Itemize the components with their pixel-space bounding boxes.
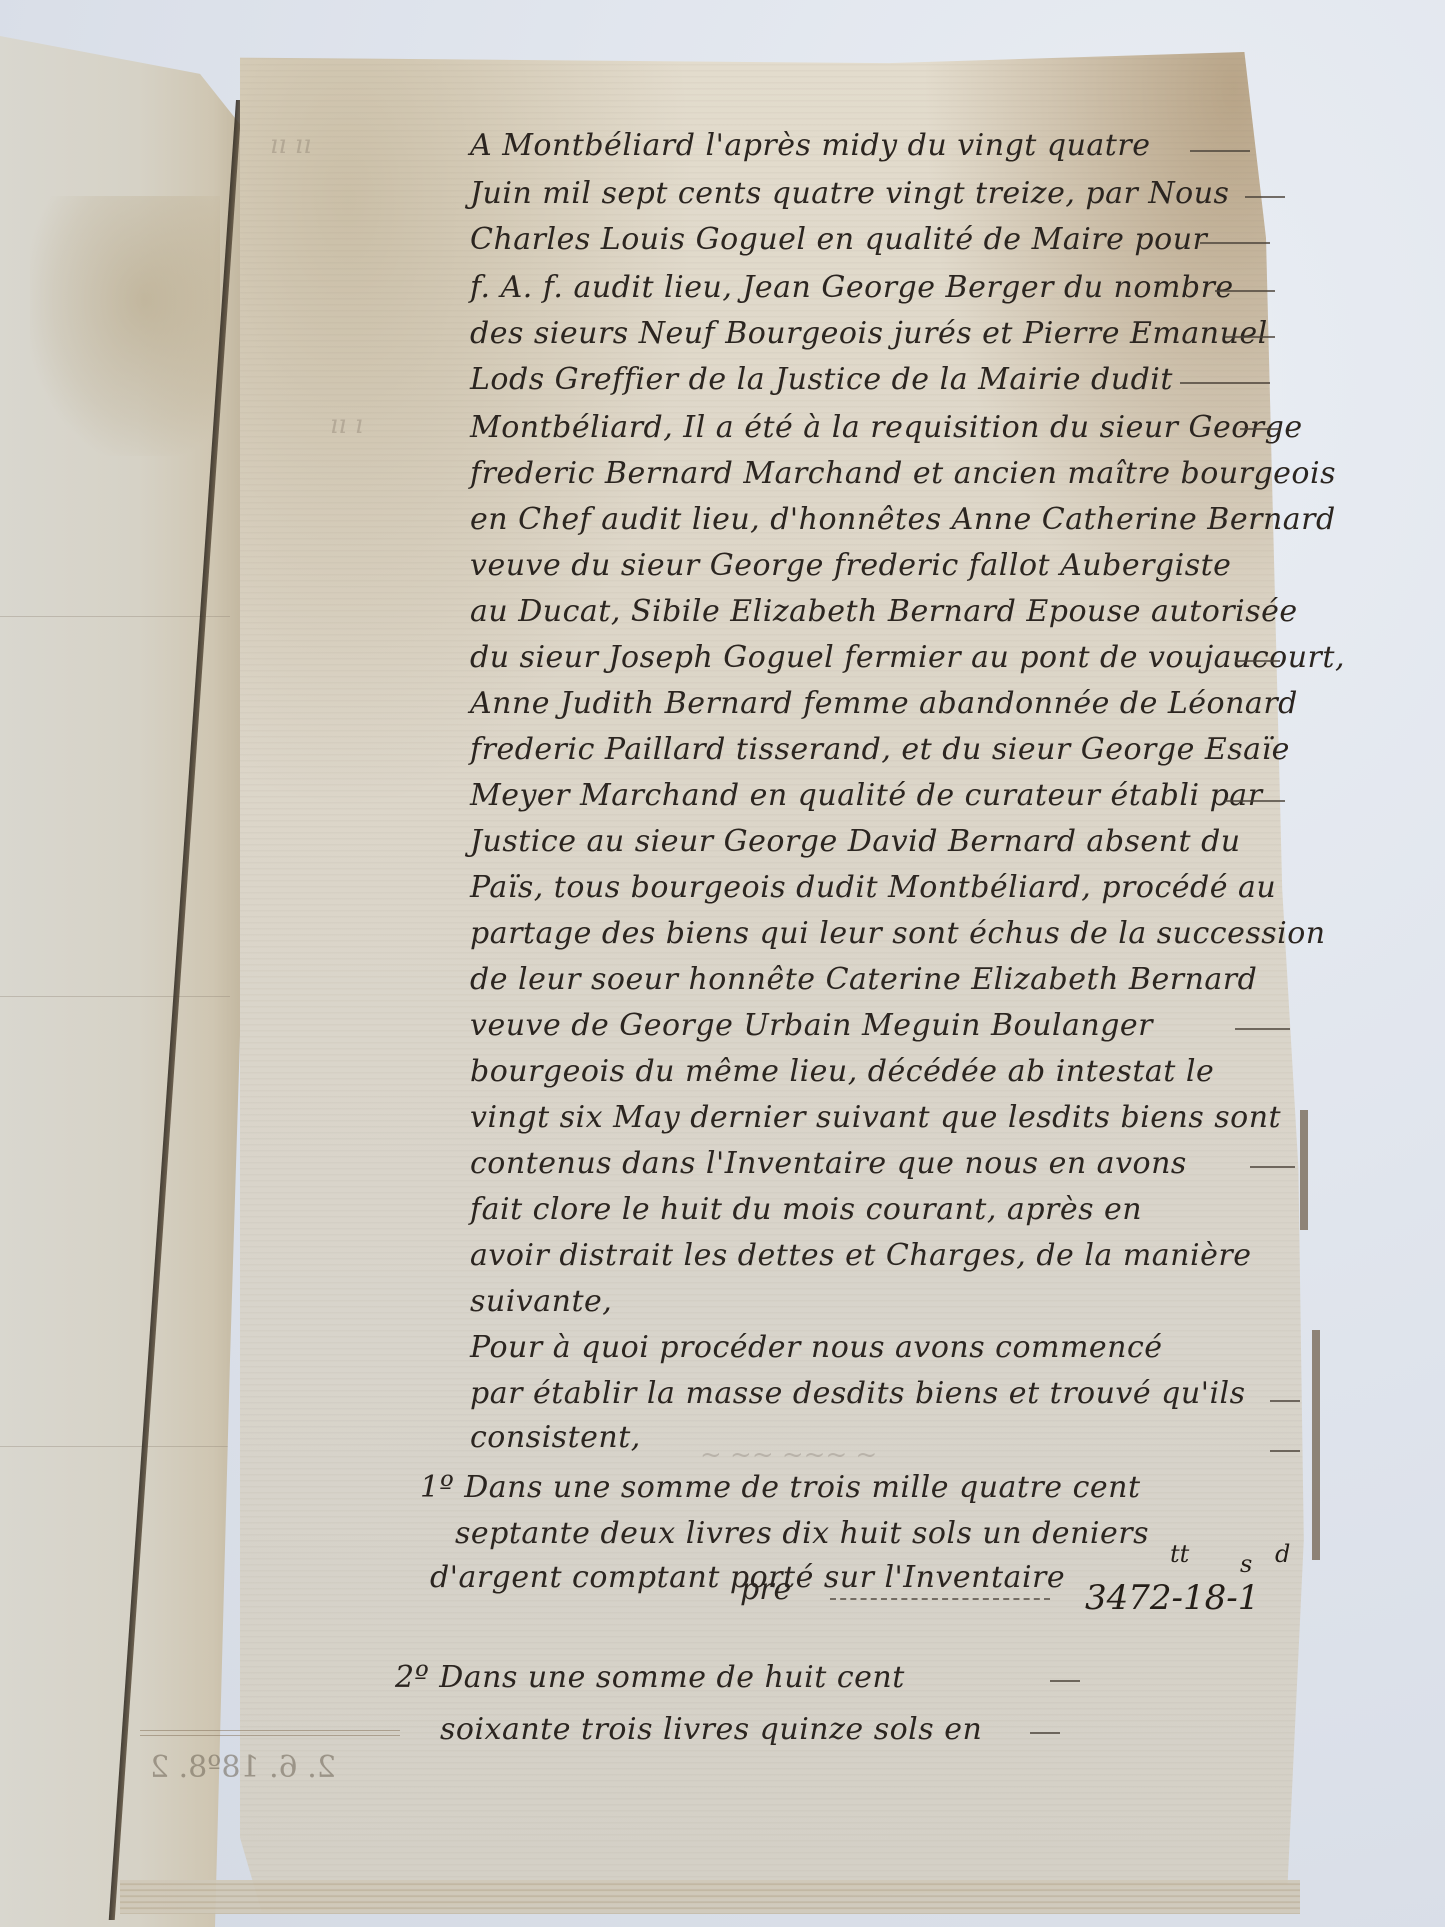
manuscript-line: Meyer Marchand en qualité de curateur ét…	[470, 778, 1263, 813]
left-page	[0, 36, 250, 1927]
manuscript-line: en Chef audit lieu, d'honnêtes Anne Cath…	[470, 502, 1336, 537]
manuscript-line: 1º Dans une somme de trois mille quatre …	[420, 1470, 1141, 1505]
paper-fold	[0, 1446, 230, 1447]
torn-edge	[1300, 1110, 1308, 1230]
manuscript-line: Montbéliard, Il a été à la requisition d…	[470, 410, 1303, 445]
line-filler	[1235, 1028, 1290, 1030]
line-filler	[1190, 150, 1250, 152]
line-filler	[1050, 1680, 1080, 1682]
manuscript-line: suivante,	[470, 1284, 612, 1319]
manuscript-line: bourgeois du même lieu, décédée ab intes…	[470, 1054, 1214, 1089]
torn-edge	[1312, 1330, 1320, 1560]
manuscript-line: veuve de George Urbain Meguin Boulanger	[470, 1008, 1153, 1043]
entry-1-leader	[830, 1598, 1050, 1600]
shelfmark-rule	[140, 1730, 400, 1736]
manuscript-line: du sieur Joseph Goguel fermier au pont d…	[470, 640, 1345, 675]
manuscript-line: Juin mil sept cents quatre vingt treize,…	[470, 176, 1229, 211]
manuscript-line: soixante trois livres quinze sols en	[440, 1712, 982, 1747]
line-filler	[1225, 800, 1285, 802]
shelfmark-bleed-through: 2. 6. 18º8. 2	[150, 1750, 336, 1785]
manuscript-line: Justice au sieur George David Bernard ab…	[470, 824, 1241, 859]
manuscript-line: frederic Paillard tisserand, et du sieur…	[470, 732, 1290, 767]
line-filler	[1215, 290, 1275, 292]
line-filler	[1225, 336, 1275, 338]
line-filler	[1030, 1732, 1060, 1734]
manuscript-line: Charles Louis Goguel en qualité de Maire…	[470, 222, 1207, 257]
manuscript-line: A Montbéliard l'après midy du vingt quat…	[470, 128, 1150, 163]
entry-1-label: pre	[740, 1572, 791, 1607]
manuscript-line: avoir distrait les dettes et Charges, de…	[470, 1238, 1251, 1273]
line-filler	[1250, 1166, 1295, 1168]
manuscript-line: 2º Dans une somme de huit cent	[395, 1660, 905, 1695]
manuscript-line: septante deux livres dix huit sols un de…	[455, 1516, 1149, 1551]
manuscript-line: Païs, tous bourgeois dudit Montbéliard, …	[470, 870, 1276, 905]
manuscript-line: Anne Judith Bernard femme abandonnée de …	[470, 686, 1298, 721]
line-filler	[1270, 1400, 1300, 1402]
manuscript-line: de leur soeur honnête Caterine Elizabeth…	[470, 962, 1257, 997]
manuscript-line: Pour à quoi procéder nous avons commencé	[470, 1330, 1163, 1365]
manuscript-line: frederic Bernard Marchand et ancien maît…	[470, 456, 1336, 491]
manuscript-line: au Ducat, Sibile Elizabeth Bernard Epous…	[470, 594, 1298, 629]
deniers-unit: d	[1275, 1540, 1290, 1568]
manuscript-line: contenus dans l'Inventaire que nous en a…	[470, 1146, 1187, 1181]
line-filler	[1180, 382, 1270, 384]
line-filler	[1240, 428, 1280, 430]
line-filler	[1200, 242, 1270, 244]
manuscript-line: des sieurs Neuf Bourgeois jurés et Pierr…	[470, 316, 1268, 351]
line-filler	[1235, 660, 1280, 662]
paper-fold	[0, 616, 230, 617]
manuscript-line: f. A. f. audit lieu, Jean George Berger …	[470, 270, 1234, 305]
manuscript-line: veuve du sieur George frederic fallot Au…	[470, 548, 1231, 583]
page-stack-edge	[120, 1880, 1300, 1914]
manuscript-line: vingt six May dernier suivant que lesdit…	[470, 1100, 1281, 1135]
manuscript-line: partage des biens qui leur sont échus de…	[470, 916, 1326, 951]
manuscript-line: consistent,	[470, 1420, 641, 1455]
line-filler	[1245, 196, 1285, 198]
manuscript-line: fait clore le huit du mois courant, aprè…	[470, 1192, 1142, 1227]
bleed-through-text: ıı ıı	[270, 130, 312, 160]
entry-1-amount: 3472-18-1	[1085, 1578, 1259, 1618]
line-filler	[1270, 1450, 1300, 1452]
water-stain	[30, 196, 220, 456]
bleed-through-text: ıı ı	[330, 410, 363, 440]
bleed-through-text: ~ ~~ ~~~ ~	[700, 1440, 877, 1470]
manuscript-line: par établir la masse desdits biens et tr…	[470, 1376, 1246, 1411]
livres-unit: tt	[1170, 1540, 1189, 1568]
paper-fold	[0, 996, 230, 997]
manuscript-line: Lods Greffier de la Justice de la Mairie…	[470, 362, 1173, 397]
sols-unit: s	[1240, 1550, 1252, 1578]
